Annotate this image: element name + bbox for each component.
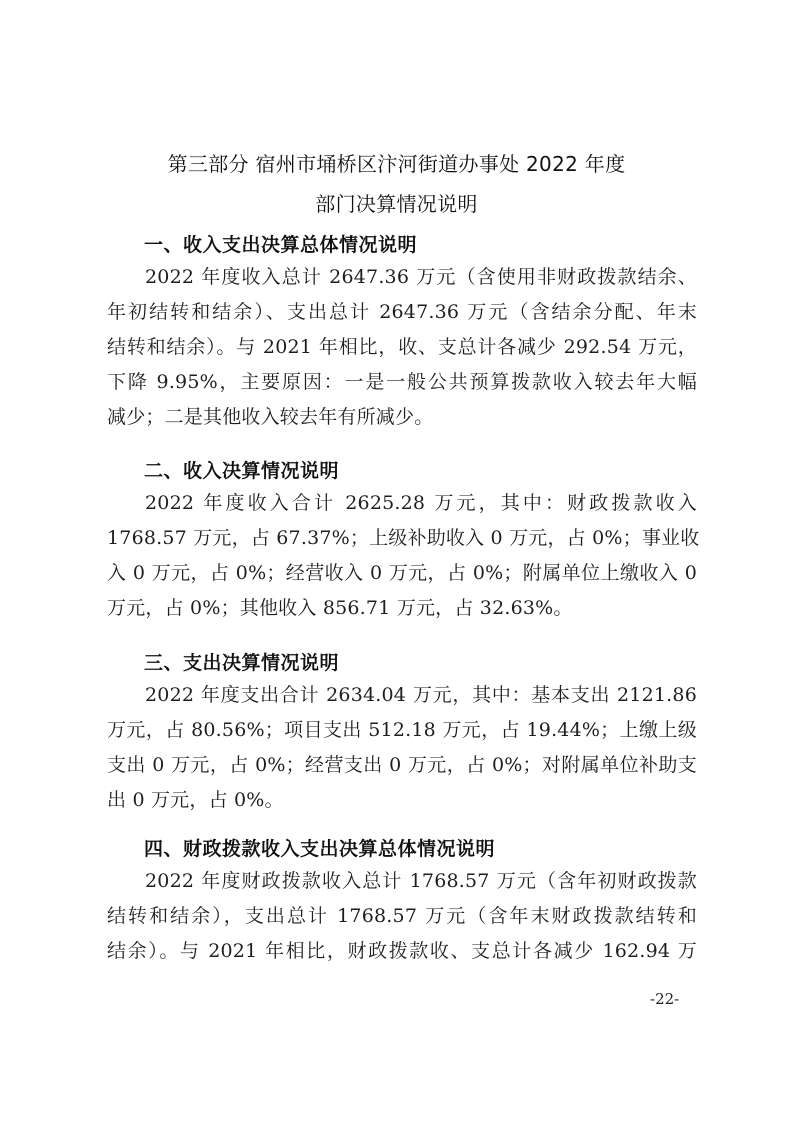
paragraph-line: 结余）。与 2021 年相比，财政拨款收、支总计各减少 162.94 万 — [107, 934, 697, 969]
paragraph-line: 年初结转和结余）、支出总计 2647.36 万元（含结余分配、年末 — [107, 295, 697, 330]
section-heading-fiscal-appropriation-overview: 四、财政拨款收入支出决算总体情况说明 — [144, 834, 495, 861]
paragraph-line: 入 0 万元，占 0%；经营收入 0 万元，占 0%；附属单位上缴收入 0 — [107, 556, 697, 591]
section-paragraph-expenditure: 2022 年度支出合计 2634.04 万元，其中：基本支出 2121.86 万… — [107, 678, 697, 818]
section-heading-expenditure: 三、支出决算情况说明 — [144, 648, 339, 675]
section-paragraph-fiscal-appropriation-overview: 2022 年度财政拨款收入总计 1768.57 万元（含年初财政拨款 结转和结余… — [107, 864, 697, 969]
paragraph-line: 万元，占 0%；其他收入 856.71 万元，占 32.63%。 — [107, 591, 697, 626]
section-heading-income: 二、收入决算情况说明 — [144, 456, 339, 483]
section-paragraph-income: 2022 年度收入合计 2625.28 万元，其中：财政拨款收入 1768.57… — [107, 486, 697, 626]
section-paragraph-income-expenditure-overview: 2022 年度收入总计 2647.36 万元（含使用非财政拨款结余、 年初结转和… — [107, 260, 697, 435]
paragraph-line: 2022 年度收入总计 2647.36 万元（含使用非财政拨款结余、 — [107, 260, 697, 295]
paragraph-line: 减少；二是其他收入较去年有所减少。 — [107, 400, 697, 435]
paragraph-line: 下降 9.95%，主要原因：一是一般公共预算拨款收入较去年大幅 — [107, 365, 697, 400]
paragraph-line: 1768.57 万元，占 67.37%；上级补助收入 0 万元，占 0%；事业收 — [107, 521, 697, 556]
paragraph-line: 支出 0 万元，占 0%；经营支出 0 万元，占 0%；对附属单位补助支 — [107, 748, 697, 783]
document-page: 第三部分 宿州市埇桥区汴河街道办事处 2022 年度 部门决算情况说明 一、收入… — [0, 0, 793, 1122]
page-number: -22- — [650, 990, 679, 1008]
paragraph-line: 结转和结余）。与 2021 年相比，收、支总计各减少 292.54 万元， — [107, 330, 697, 365]
paragraph-line: 2022 年度支出合计 2634.04 万元，其中：基本支出 2121.86 — [107, 678, 697, 713]
paragraph-line: 2022 年度财政拨款收入总计 1768.57 万元（含年初财政拨款 — [107, 864, 697, 899]
paragraph-line: 结转和结余），支出总计 1768.57 万元（含年末财政拨款结转和 — [107, 899, 697, 934]
paragraph-line: 2022 年度收入合计 2625.28 万元，其中：财政拨款收入 — [107, 486, 697, 521]
paragraph-line: 出 0 万元，占 0%。 — [107, 783, 697, 818]
document-title-line-2: 部门决算情况说明 — [0, 188, 793, 217]
section-heading-income-expenditure-overview: 一、收入支出决算总体情况说明 — [144, 230, 417, 257]
paragraph-line: 万元，占 80.56%；项目支出 512.18 万元，占 19.44%；上缴上级 — [107, 713, 697, 748]
document-title-line-1: 第三部分 宿州市埇桥区汴河街道办事处 2022 年度 — [0, 148, 793, 177]
